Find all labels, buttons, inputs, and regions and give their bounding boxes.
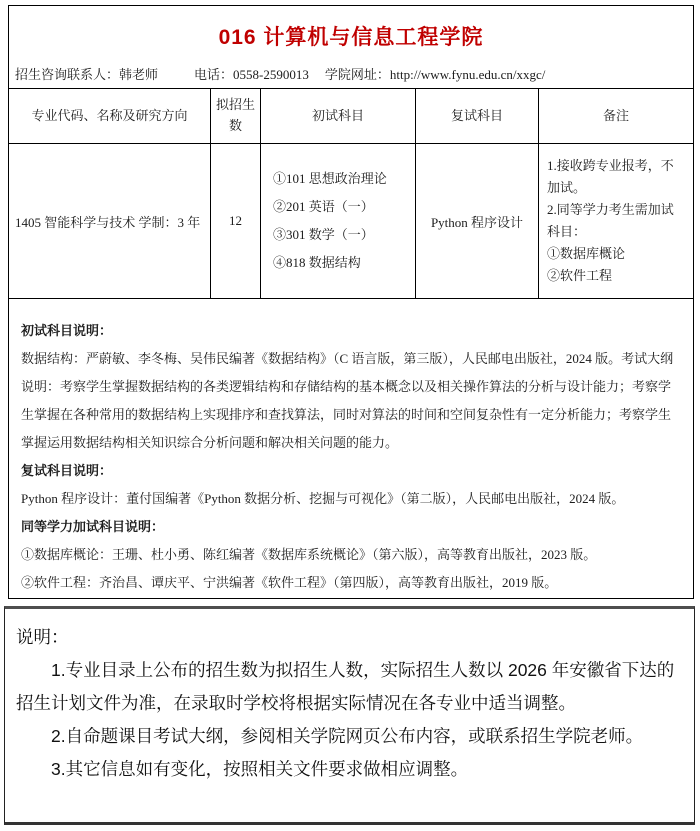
remark-line: 2.同等学力考生需加试科目： (547, 199, 685, 243)
note-heading-initial: 初试科目说明： (21, 317, 681, 345)
title-contact-row: 016 计算机与信息工程学院 招生咨询联系人：韩老师 电话：0558-25900… (9, 6, 694, 89)
document-sheet: 016 计算机与信息工程学院 招生咨询联系人：韩老师 电话：0558-25900… (0, 0, 700, 825)
note-text-retest: Python 程序设计：董付国编著《Python 数据分析、挖掘与可视化》（第二… (21, 485, 681, 513)
header-initial-exams: 初试科目 (261, 89, 416, 144)
contact-phone: 电话：0558-2590013 (194, 64, 309, 83)
header-quota: 拟招生数 (211, 89, 261, 144)
note-heading-equivalency: 同等学力加试科目说明： (21, 513, 681, 541)
note-text-database: ①数据库概论：王珊、杜小勇、陈红编著《数据库系统概论》（第六版），高等教育出版社… (21, 541, 681, 569)
header-program: 专业代码、名称及研究方向 (9, 89, 211, 144)
exam-line: ②201 英语（一） (273, 193, 415, 221)
exam-line: ③301 数学（一） (273, 221, 415, 249)
note-text-software: ②软件工程：齐治昌、谭庆平、宁洪编著《软件工程》（第四版），高等教育出版社，20… (21, 569, 681, 597)
statement-heading: 说明： (16, 621, 680, 654)
statement-item-3: 3.其它信息如有变化，按照相关文件要求做相应调整。 (16, 753, 680, 786)
header-remarks: 备注 (539, 89, 694, 144)
exam-notes-row: 初试科目说明： 数据结构：严蔚敏、李冬梅、吴伟民编著《数据结构》（C 语言版，第… (9, 299, 694, 599)
exam-line: ①101 思想政治理论 (273, 165, 415, 193)
table-data-row: 1405 智能科学与技术 学制：3 年 12 ①101 思想政治理论 ②201 … (9, 144, 694, 299)
cell-program: 1405 智能科学与技术 学制：3 年 (9, 144, 211, 299)
contact-website: 学院网址：http://www.fynu.edu.cn/xxgc/ (325, 64, 546, 83)
table-header-row: 专业代码、名称及研究方向 拟招生数 初试科目 复试科目 备注 (9, 89, 694, 144)
remark-line: ②软件工程 (547, 265, 685, 287)
cell-initial-exams: ①101 思想政治理论 ②201 英语（一） ③301 数学（一） ④818 数… (261, 144, 416, 299)
statement-item-1: 1.专业目录上公布的招生数为拟招生人数，实际招生人数以 2026 年安徽省下达的… (16, 654, 680, 720)
exam-line: ④818 数据结构 (273, 249, 415, 277)
contact-line: 招生咨询联系人：韩老师 电话：0558-2590013 学院网址：http://… (15, 64, 693, 83)
note-text-initial: 数据结构：严蔚敏、李冬梅、吴伟民编著《数据结构》（C 语言版，第三版），人民邮电… (21, 345, 681, 457)
exam-notes-cell: 初试科目说明： 数据结构：严蔚敏、李冬梅、吴伟民编著《数据结构》（C 语言版，第… (9, 299, 694, 599)
remark-line: ①数据库概论 (547, 243, 685, 265)
page-title: 016 计算机与信息工程学院 (9, 21, 693, 51)
admissions-table: 016 计算机与信息工程学院 招生咨询联系人：韩老师 电话：0558-25900… (8, 5, 694, 599)
cell-retest: Python 程序设计 (416, 144, 539, 299)
cell-remarks: 1.接收跨专业报考，不加试。 2.同等学力考生需加试科目： ①数据库概论 ②软件… (539, 144, 694, 299)
remark-line: 1.接收跨专业报考，不加试。 (547, 155, 685, 199)
header-retest: 复试科目 (416, 89, 539, 144)
statement-item-2: 2.自命题课目考试大纲，参阅相关学院网页公布内容，或联系招生学院老师。 (16, 720, 680, 753)
cell-quota: 12 (211, 144, 261, 299)
contact-person: 招生咨询联系人：韩老师 (15, 64, 158, 83)
note-heading-retest: 复试科目说明： (21, 457, 681, 485)
statement-box: 说明： 1.专业目录上公布的招生数为拟招生人数，实际招生人数以 2026 年安徽… (4, 606, 695, 825)
